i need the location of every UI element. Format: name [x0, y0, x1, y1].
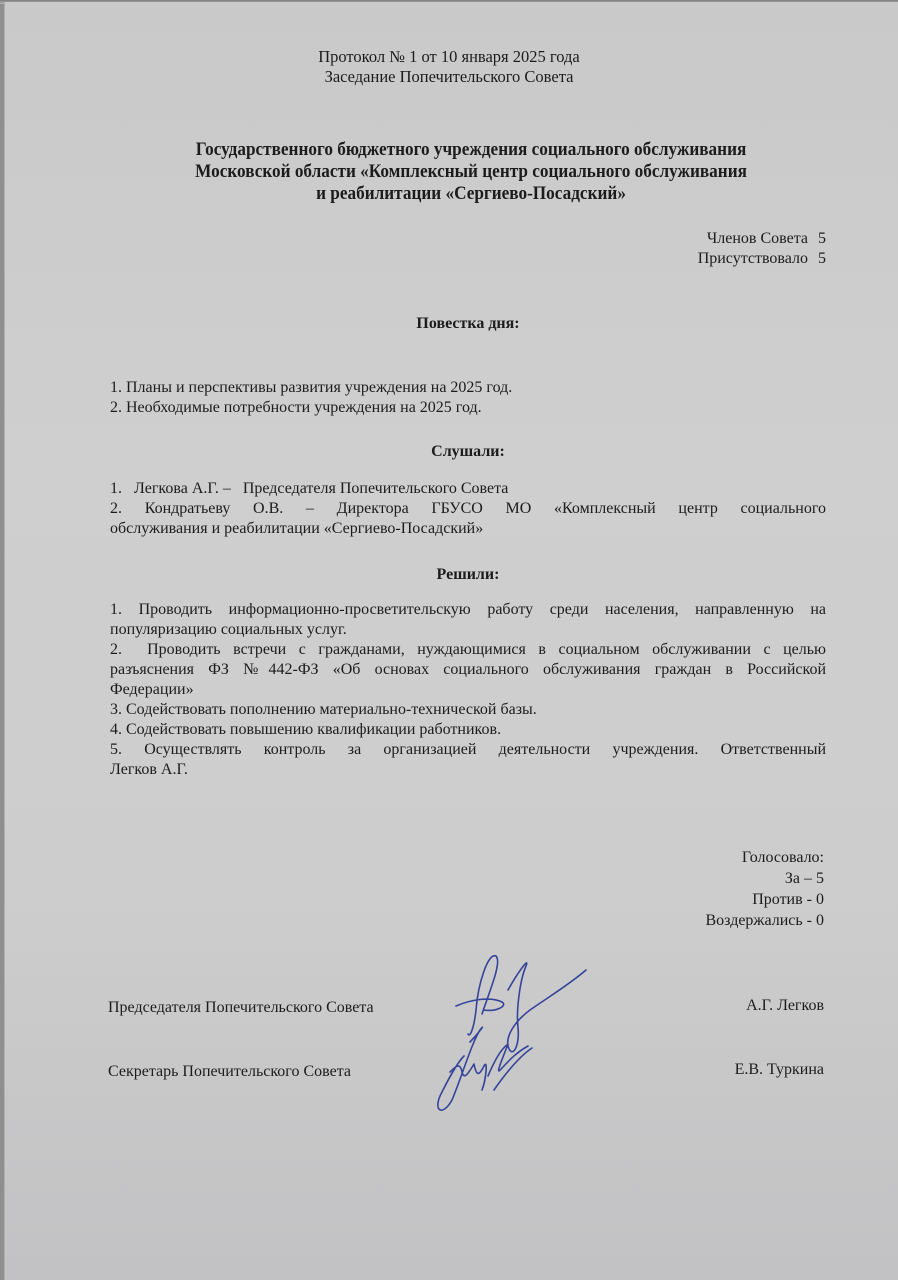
decided-heading: Решили: — [0, 565, 898, 585]
handwritten-signatures — [390, 950, 600, 1120]
secretary-role: Секретарь Попечительского Совета — [108, 1062, 351, 1082]
heard-item: 2. Кондратьеву О.В. – Директора ГБУСО МО… — [110, 499, 826, 519]
agenda-item: 1. Планы и перспективы развития учрежден… — [110, 378, 826, 398]
votes-abstained: Воздержались - 0 — [604, 910, 824, 931]
decision-line: 3. Содействовать пополнению материально-… — [110, 700, 826, 720]
votes-against: Против - 0 — [604, 889, 824, 910]
secretary-name: Е.В. Туркина — [735, 1060, 824, 1080]
organization-title: Государственного бюджетного учреждения с… — [135, 139, 806, 205]
members-row: Членов Совета 5 — [566, 229, 826, 249]
voting-title: Голосовало: — [604, 847, 824, 868]
members-value: 5 — [818, 229, 826, 249]
organization-title-line-1: Государственного бюджетного учреждения с… — [135, 139, 806, 161]
organization-title-line-3: и реабилитации «Сергиево-Посадский» — [135, 183, 806, 205]
votes-for: За – 5 — [604, 868, 824, 889]
attendance-block: Членов Совета 5 Присутствовало 5 — [566, 229, 826, 269]
heard-item: 1. Легкова А.Г. – Председателя Попечител… — [110, 479, 826, 499]
heard-heading: Слушали: — [0, 442, 898, 462]
decision-line: популяризацию социальных услуг. — [110, 620, 826, 640]
members-label: Членов Совета — [707, 229, 808, 249]
voting-block: Голосовало: За – 5 Против - 0 Воздержали… — [604, 847, 824, 931]
chairman-name: А.Г. Легков — [746, 996, 824, 1016]
chairman-role: Председателя Попечительского Совета — [108, 998, 374, 1018]
decision-line: разъяснения ФЗ №442-ФЗ «Об основах социа… — [110, 660, 826, 680]
decision-line: 5. Осуществлять контроль за организацией… — [110, 740, 826, 760]
present-value: 5 — [818, 249, 826, 269]
heard-item-continuation: обслуживания и реабилитации «Сергиево-По… — [110, 519, 826, 539]
agenda-list: 1. Планы и перспективы развития учрежден… — [110, 378, 826, 418]
heard-list: 1. Легкова А.Г. – Председателя Попечител… — [110, 479, 826, 539]
decision-line: 4. Содействовать повышению квалификации … — [110, 720, 826, 740]
meeting-title-line: Заседание Попечительского Совета — [0, 67, 898, 87]
decision-line: 2. Проводить встречи с гражданами, нужда… — [110, 640, 826, 660]
organization-title-line-2: Московской области «Комплексный центр со… — [135, 161, 806, 183]
present-label: Присутствовало — [698, 249, 808, 269]
agenda-heading: Повестка дня: — [0, 314, 898, 334]
decision-line: Легков А.Г. — [110, 760, 826, 780]
present-row: Присутствовало 5 — [566, 249, 826, 269]
decided-list: 1. Проводить информационно-просветительс… — [110, 600, 826, 780]
agenda-item: 2. Необходимые потребности учреждения на… — [110, 398, 826, 418]
decision-line: 1. Проводить информационно-просветительс… — [110, 600, 826, 620]
decision-line: Федерации» — [110, 680, 826, 700]
protocol-number-line: Протокол № 1 от 10 января 2025 года — [0, 47, 898, 67]
